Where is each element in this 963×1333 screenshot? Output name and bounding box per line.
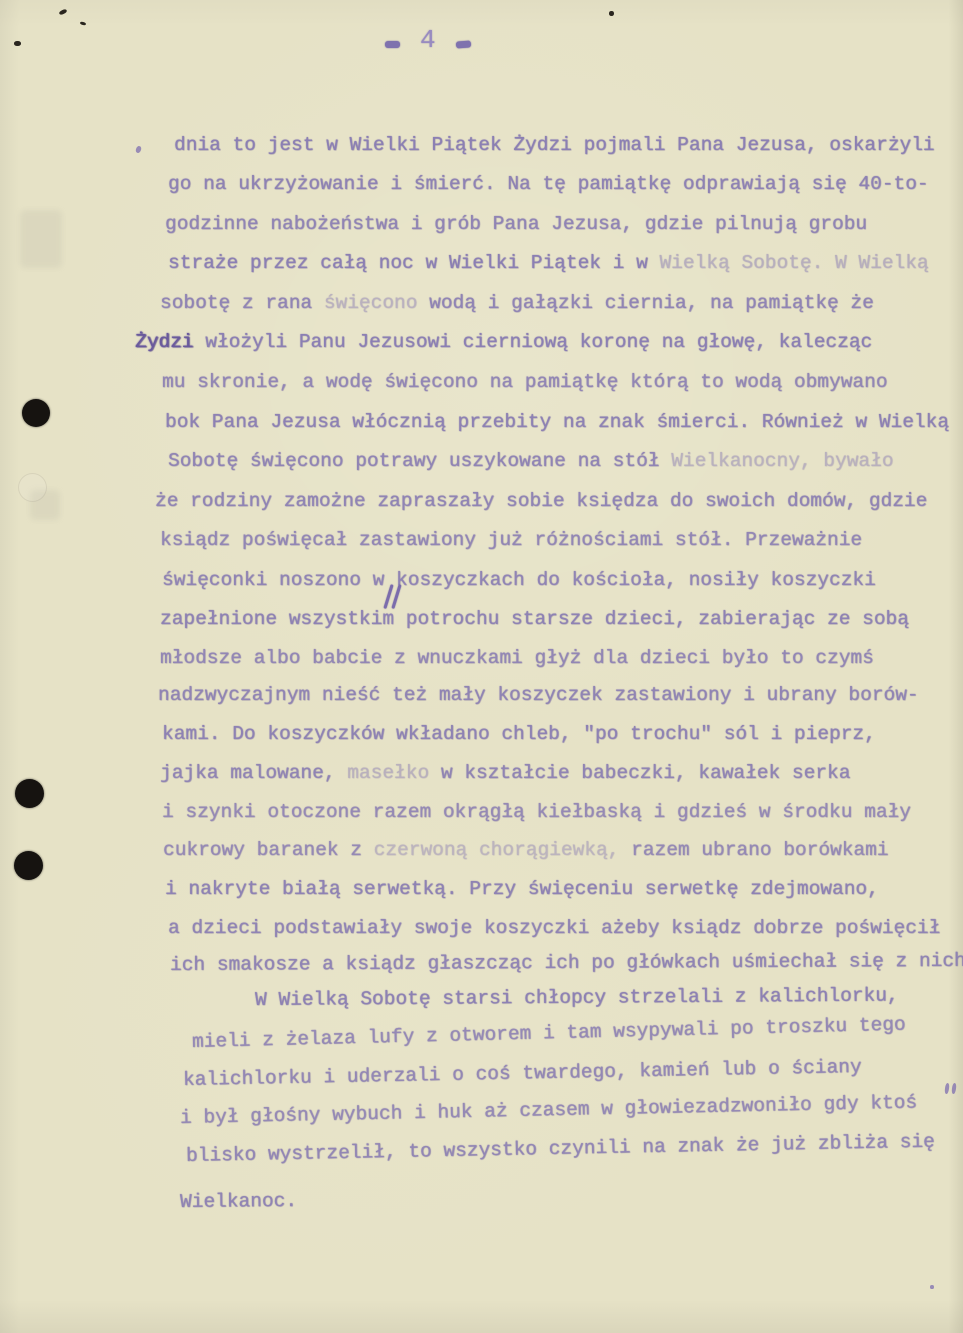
typed-line: straże przez całą noc w Wielki Piątek i … — [168, 251, 929, 275]
scan-speck — [609, 11, 614, 16]
page-number-dash-left — [385, 41, 400, 48]
typed-line: W Wielką Sobotę starsi chłopcy strzelali… — [255, 984, 899, 1012]
typed-line: Wielkanoc. — [180, 1189, 297, 1214]
typed-line: ksiądz poświęcał zastawiony już różności… — [160, 528, 862, 552]
hole-punch — [15, 779, 44, 808]
typed-line: zapełnione wszystkim potrochu starsze dz… — [160, 607, 909, 631]
typed-line: jajka malowane, masełko w kształcie babe… — [160, 761, 850, 785]
ink-speck — [944, 1083, 949, 1094]
page-number: 4 — [380, 22, 490, 62]
typed-line: święconki noszono w koszyczkach do kości… — [162, 568, 876, 592]
ink-speck — [930, 1285, 934, 1289]
page-number-value: 4 — [420, 25, 436, 55]
typed-line: mu skronie, a wodę święcono na pamiątkę … — [162, 370, 888, 394]
typed-line: nadzwyczajnym nieść też mały koszyczek z… — [158, 683, 919, 707]
page-number-dash-right — [456, 40, 471, 48]
typed-line: ich smakosze a ksiądz głaszcząc ich po g… — [170, 949, 963, 977]
ink-speck — [135, 145, 142, 153]
typed-line: i był głośny wybuch i huk aż czasem w gł… — [180, 1091, 918, 1130]
typed-line: godzinne nabożeństwa i grób Pana Jezusa,… — [165, 212, 867, 236]
scan-smudge — [20, 210, 62, 268]
typed-line: Żydzi włożyli Panu Jezusowi cierniową ko… — [135, 330, 872, 354]
typed-line: kami. Do koszyczków wkładano chleb, "po … — [162, 722, 876, 746]
typed-line: młodsze albo babcie z wnuczkami głyż dla… — [160, 646, 874, 670]
typed-line: kalichlorku i uderzali o coś twardego, k… — [183, 1055, 862, 1092]
scan-speck — [80, 21, 87, 25]
typed-line: i szynki otoczone razem okrągłą kiełbask… — [162, 800, 911, 824]
ink-speck — [951, 1083, 956, 1094]
typed-line: i nakryte białą serwetką. Przy święceniu… — [165, 877, 879, 901]
typed-line: cukrowy baranek z czerwoną chorągiewką, … — [163, 838, 889, 862]
hole-punch — [14, 851, 43, 880]
scanned-document: { "meta": { "kind": "scanned typewritten… — [0, 0, 963, 1333]
typed-line: sobotę z rana święcono wodą i gałązki ci… — [160, 291, 874, 315]
scan-speck — [14, 41, 21, 46]
scan-smudge — [30, 490, 60, 520]
typed-line: Sobotę święcono potrawy uszykowane na st… — [168, 449, 894, 473]
typed-line: bok Pana Jezusa włócznią przebity na zna… — [165, 410, 949, 434]
typed-line: go na ukrzyżowanie i śmierć. Na tę pamią… — [168, 172, 929, 196]
typed-line: dnia to jest w Wielki Piątek Żydzi pojma… — [174, 133, 935, 157]
typed-line: blisko wystrzelił, to wszystko czynili n… — [186, 1130, 935, 1168]
handwritten-insertion-mark — [383, 584, 405, 610]
typed-line: mieli z żelaza lufy z otworem i tam wsyp… — [192, 1013, 906, 1054]
typed-line: że rodziny zamożne zapraszały sobie księ… — [155, 489, 927, 513]
typed-line: a dzieci podstawiały swoje koszyczki aże… — [168, 916, 940, 940]
hole-punch — [22, 399, 50, 427]
scan-speck — [59, 8, 68, 15]
